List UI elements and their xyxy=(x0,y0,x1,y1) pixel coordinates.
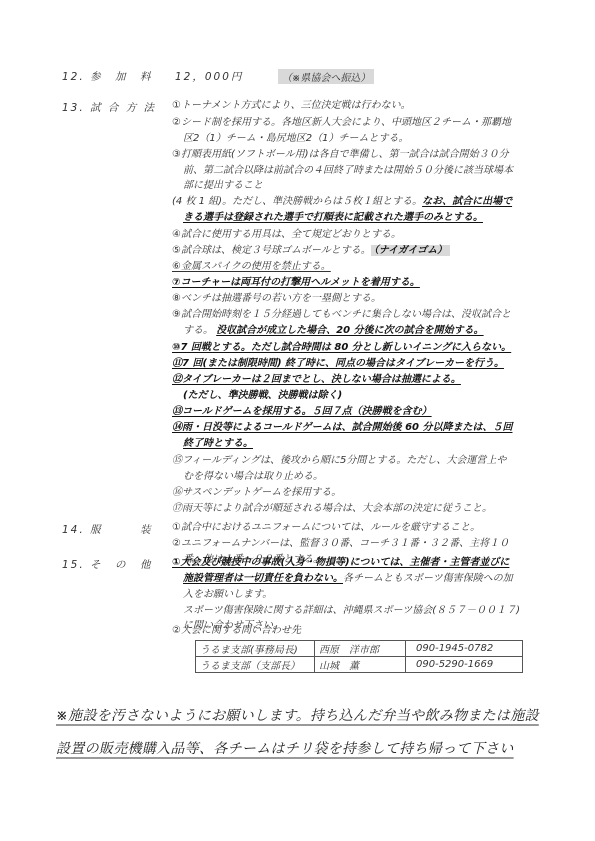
section-15-label: 15. そ の 他 xyxy=(62,557,153,572)
entry-fee-note: （※県協会へ振込） xyxy=(278,69,374,84)
rule-2: ②シード制を採用する。各地区新人大会により、中頭地区２チーム・那覇地 xyxy=(172,116,511,130)
rule-3-sheets: (4 枚 1 組)。ただし、準決勝戦からは５枚１組とする。なお、試合に出場で xyxy=(172,195,512,209)
other-rule-1-cont2: 入をお願いします。 xyxy=(183,588,272,602)
contact-row: うるま支部（支部長） 山城 薫 090-5290-1669 xyxy=(196,657,523,673)
contact-row: うるま支部(事務局長) 西原 洋市郎 090-1945-0782 xyxy=(196,641,523,657)
rule-9-cont-text: する。 xyxy=(183,325,213,336)
contact-name: 西原 洋市郎 xyxy=(315,641,406,657)
rule-12-cont: (ただし、準決勝戦、決勝戦は除く) xyxy=(183,389,342,403)
rule-15: ⑮フィールディングは、後攻から順に5分間とする。ただし、大会運営上や xyxy=(172,454,506,468)
rule-4: ④試合に使用する用具は、全て規定どおりとする。 xyxy=(172,228,401,242)
rule-3-cont2: 部に提出すること xyxy=(183,179,263,193)
rule-14: ⑭雨・日没等によるコールドゲームは、試合開始後 60 分以降または、５回 xyxy=(172,421,512,435)
rule-9: ⑨試合開始時刻を１５分経過してもベンチに集合しない場合は、没収試合と xyxy=(172,308,511,322)
rule-5-ball-brand: （ナイガイゴム） xyxy=(371,245,450,256)
rule-8: ⑧ベンチは抽選番号の若い方を一塁側とする。 xyxy=(172,292,381,306)
cleanup-notice-line-1: ※施設を汚さないようにお願いします。持ち込んだ弁当や飲み物または施設 xyxy=(56,705,539,725)
rule-9-cont: する。 没収試合が成立した場合、20 分後に次の試合を開始する。 xyxy=(183,324,484,338)
rule-16: ⑯サスペンデットゲームを採用する。 xyxy=(172,486,341,500)
rule-9-emphasis: 没収試合が成立した場合、20 分後に次の試合を開始する。 xyxy=(216,325,483,336)
rule-5: ⑤試合球は、検定３号球ゴムボールとする。（ナイガイゴム） xyxy=(172,244,450,258)
rule-6: ⑥金属スパイクの使用を禁止する。 xyxy=(172,260,331,274)
rule-12: ⑫タイブレーカーは２回までとし、決しない場合は抽選による。 xyxy=(172,373,461,387)
uniform-rule-2: ②ユニフォームナンバーは、監督３０番、コーチ３１番・３２番、主将１０ xyxy=(172,537,509,551)
entry-fee: 12，000円 xyxy=(175,69,243,84)
other-rule-1: ①大会及び競技中の事故(人身・物損等)については、主催者・主管者並びに xyxy=(172,556,509,570)
uniform-rule-1: ①試合中におけるユニフォームについては、ルールを厳守すること。 xyxy=(172,521,480,535)
section-14-label: 14. 服 装 xyxy=(62,522,153,537)
cleanup-notice-line-2: 設置の販売機購入品等、各チームはチリ袋を持参して持ち帰って下さい xyxy=(56,738,514,758)
rule-17: ⑰雨天等により試合が順延される場合は、大会本部の決定に従うこと。 xyxy=(172,502,492,516)
rule-3: ③打順表用紙(ソフトボール用)は各自で準備し、第一試合は試合開始３０分 xyxy=(172,148,509,162)
section-13-label: 13. 試 合 方 法 xyxy=(62,100,156,115)
rule-14-cont: 終了時とする。 xyxy=(183,437,253,451)
insurance-request: 各チームともスポーツ傷害保険への加 xyxy=(343,573,513,584)
contact-role: うるま支部(事務局長) xyxy=(196,641,315,657)
section-12-label: 12. 参 加 料 xyxy=(62,69,153,84)
rule-11: ⑪7 回(または制限時間) 終了時に、同点の場合はタイブレーカーを行う。 xyxy=(172,357,504,371)
contact-phone: 090-1945-0782 xyxy=(406,641,523,657)
contact-table: うるま支部(事務局長) 西原 洋市郎 090-1945-0782 うるま支部（支… xyxy=(195,640,523,673)
rule-2-cont: 区2（1）チーム・島尻地区2（1）チームとする。 xyxy=(183,132,408,146)
contact-phone: 090-5290-1669 xyxy=(406,657,523,673)
contact-heading: ②大会に関する問い合わせ先 xyxy=(172,624,301,638)
rule-7: ⑦コーチャーは両耳付の打撃用ヘルメットを着用する。 xyxy=(172,276,420,290)
other-rule-1-cont: 施設管理者は一切責任を負わない。各チームともスポーツ傷害保険への加 xyxy=(183,572,513,586)
rule-13: ⑬コールドゲームを採用する。５回７点（決勝戦を含む） xyxy=(172,405,432,419)
rule-3-sheets-text: (4 枚 1 組)。ただし、準決勝戦からは５枚１組とする。 xyxy=(172,196,422,207)
rule-3-emphasis: なお、試合に出場で xyxy=(422,196,512,207)
rule-3-cont: 前、第二試合以降は前試合の４回終了時または開始５０分後に該当球場本 xyxy=(183,164,513,178)
contact-name: 山城 薫 xyxy=(315,657,406,673)
rule-3-emphasis-cont: きる選手は登録された選手で打順表に記載された選手のみとする。 xyxy=(183,211,483,225)
liability-disclaimer: 施設管理者は一切責任を負わない。 xyxy=(183,573,343,584)
rule-5-text: ⑤試合球は、検定３号球ゴムボールとする。 xyxy=(172,245,371,256)
document-page: 12. 参 加 料 12，000円 （※県協会へ振込） 13. 試 合 方 法 … xyxy=(0,0,595,841)
insurance-details: スポーツ傷害保険に関する詳細は、沖縄県スポーツ協会(８５７－００１７) xyxy=(183,604,520,618)
rule-15-cont: むを得ない場合は取り止める。 xyxy=(183,470,323,484)
rule-1: ①トーナメント方式により、三位決定戦は行わない。 xyxy=(172,99,411,113)
rule-10: ⑩7 回戦とする。ただし試合時間は 80 分とし新しいイニングに入らない。 xyxy=(172,341,511,355)
contact-role: うるま支部（支部長） xyxy=(196,657,315,673)
